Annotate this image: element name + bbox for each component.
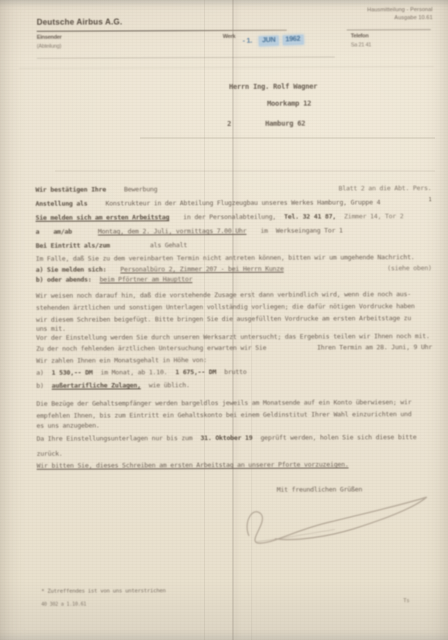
- body-text: Vor der Einstellung werden Sie durch uns…: [36, 332, 430, 342]
- field-note: Blatt 2 an die Abt. Pers.: [339, 184, 432, 192]
- body-text: Die Bezüge der Gehaltsempfänger werden b…: [36, 398, 411, 408]
- appointment-note: Ihren Termin am 28. Juni, 9 Uhr: [317, 343, 432, 352]
- field-label: am/ab: [53, 228, 72, 236]
- form-line-option-a: a) Sie melden sich: Personalbüro 2, Zimm…: [36, 264, 432, 274]
- body-text: Da Ihre Einstellungsunterlagen nur bis z…: [36, 434, 192, 443]
- recipient-street: Moorkamp 12: [267, 100, 311, 108]
- field-value: Werkseingang Tor 1: [276, 226, 343, 234]
- signature-scribble: [237, 477, 443, 548]
- stamp-area-rule: [37, 57, 335, 59]
- body-text: geprüft werden, holen Sie sich diese bit…: [260, 433, 416, 442]
- paragraph-line: Im Falle, daß Sie zu dem vereinbarten Te…: [36, 253, 432, 263]
- body-text: empfehlen Ihnen, bis zum Eintritt ein Ge…: [36, 410, 411, 420]
- field-label: Anstellung als: [35, 200, 87, 208]
- allowance-value: außertarifliche Zulagen,: [52, 381, 141, 389]
- body-text: zurück.: [37, 450, 63, 458]
- field-label: a: [36, 228, 40, 236]
- document-content: Hausmitteilung - Personal Ausgabe 10.61 …: [0, 0, 448, 640]
- header-rule-right: [347, 29, 431, 30]
- body-text: wir diesem Schreiben beigefügt. Bitte br…: [36, 314, 411, 324]
- field-label: Bei Eintritt als/zum: [36, 241, 110, 249]
- field-value: Konstrukteur in der Abteilung Flugzeugba…: [105, 198, 380, 207]
- field-value: Bewerbung: [124, 185, 157, 193]
- postal-zone: 2: [227, 120, 231, 128]
- field-note: Zimmer 14, Tor 2: [344, 212, 403, 220]
- sender-label: Einsender: [37, 34, 62, 42]
- body-text: Wir weisen noch darauf hin, daß die vors…: [36, 290, 411, 300]
- form-line-report: Sie melden sich am ersten Arbeitstag in …: [36, 212, 432, 222]
- sender-sublabel: (Abteilung): [37, 43, 61, 51]
- footnote-marker: 1: [429, 196, 432, 204]
- scanned-document-page: Hausmitteilung - Personal Ausgabe 10.61 …: [0, 0, 448, 640]
- page-mark: Ts: [403, 597, 409, 605]
- body-text: Im Falle, daß Sie zu dem vereinbarten Te…: [36, 253, 415, 263]
- telephone-label: Telefon: [351, 32, 369, 40]
- deadline-date: 31. Oktober 19: [200, 434, 252, 442]
- form-line-exam: Zu der noch fehlenden ärztlichen Untersu…: [36, 343, 432, 353]
- company-name: Deutsche Airbus A.G.: [37, 18, 123, 26]
- form-line-entry: Bei Eintritt als/zum als Gehalt: [36, 240, 432, 250]
- field-note: (siehe oben): [387, 264, 432, 272]
- underlined-instruction-line: Wir bitten Sie, dieses Schreiben am erst…: [37, 460, 433, 470]
- date-stamp: - 1. JUN 1962: [243, 35, 304, 47]
- form-line-option-b: b) oder abends: beim Pförtner am Hauptto…: [36, 274, 432, 284]
- form-line-date: a am/ab Montag, dem 2. Juli, vormittags …: [36, 226, 432, 236]
- list-marker: a): [36, 369, 43, 377]
- body-text: im Monat, ab 1.10.: [101, 368, 168, 376]
- body-text: brutto: [224, 368, 246, 376]
- salary-amount: 1 530,-- DM: [52, 369, 93, 377]
- header-rule: [37, 30, 287, 32]
- paragraph-line: es uns anzugeben.: [36, 420, 432, 430]
- body-text: Zu der noch fehlenden ärztlichen Untersu…: [36, 344, 266, 353]
- handwritten-signature: [237, 477, 443, 550]
- body-text: es uns anzugeben.: [36, 422, 99, 430]
- field-label: Sie melden sich am ersten Arbeitstag: [36, 213, 170, 222]
- paragraph-line: Wir weisen noch darauf hin, daß die vors…: [36, 290, 432, 300]
- stamp-day: - 1.: [243, 38, 253, 46]
- stamp-month: JUN: [259, 36, 279, 47]
- field-value: Montag, dem 2. Juli, vormittags 7.00 Uhr: [98, 227, 247, 236]
- recipient-name: Herrn Ing. Rolf Wagner: [229, 83, 317, 91]
- body-text: Wir zahlen Ihnen ein Monatsgehalt in Höh…: [36, 356, 207, 365]
- field-value: in der Personalabteilung,: [183, 213, 276, 221]
- field-value: als Gehalt: [150, 241, 187, 249]
- stamp-year: 1962: [282, 35, 303, 46]
- documents-deadline-line: Da Ihre Einstellungsunterlagen nur bis z…: [36, 433, 432, 443]
- paragraph-line: stehenden ärztlichen und sonstigen Unter…: [36, 302, 432, 312]
- paragraph-line: Die Bezüge der Gehaltsempfänger werden b…: [36, 398, 432, 408]
- field-label: a) Sie melden sich:: [36, 266, 107, 274]
- form-line-confirmation: Wir bestätigen Ihre Bewerbung Blatt 2 an…: [35, 184, 431, 194]
- body-text: wie üblich.: [149, 381, 190, 389]
- scan-artifact-line: [19, 66, 434, 69]
- recipient-city-line: 2 Hamburg 62: [227, 120, 305, 128]
- form-number: 40 302 a 1.10.61: [41, 601, 86, 609]
- corner-note-line1: Hausmitteilung - Personal: [367, 6, 433, 14]
- body-text: uns mit.: [36, 325, 66, 333]
- paragraph-line: zurück.: [37, 448, 433, 458]
- field-label: Wir bestätigen Ihre: [35, 186, 106, 194]
- form-line-position: Anstellung als Konstrukteur in der Abtei…: [35, 198, 431, 209]
- footnote: * Zutreffendes ist von uns unterstrichen: [41, 587, 165, 596]
- plant-label: Werk: [223, 33, 236, 41]
- telephone-value: Sa 21 41: [351, 41, 371, 49]
- body-text: Wir bitten Sie, dieses Schreiben am erst…: [37, 460, 349, 469]
- salary-intro-line: Wir zahlen Ihnen ein Monatsgehalt in Höh…: [36, 355, 432, 365]
- field-label: im: [260, 227, 267, 235]
- telephone-number: Tel. 32 41 87,: [284, 213, 336, 221]
- salary-amount-line: a) 1 530,-- DM im Monat, ab 1.10. 1 675,…: [36, 367, 432, 377]
- allowance-line: b) außertarifliche Zulagen, wie üblich.: [36, 380, 432, 390]
- paragraph-line: Vor der Einstellung werden Sie durch uns…: [36, 332, 432, 342]
- corner-note-line2: Ausgabe 10.61: [394, 14, 432, 22]
- field-label: b) oder abends:: [36, 276, 92, 284]
- list-marker: b): [36, 382, 43, 390]
- field-value: Personalbüro 2, Zimmer 207 - bei Herrn K…: [120, 265, 283, 274]
- salary-amount: 1 675,-- DM: [175, 368, 216, 376]
- field-value: beim Pförtner am Haupttor: [100, 275, 193, 283]
- paragraph-line: empfehlen Ihnen, bis zum Eintritt ein Ge…: [36, 410, 432, 420]
- recipient-city: Hamburg 62: [265, 120, 305, 128]
- body-text: stehenden ärztlichen und sonstigen Unter…: [36, 302, 415, 312]
